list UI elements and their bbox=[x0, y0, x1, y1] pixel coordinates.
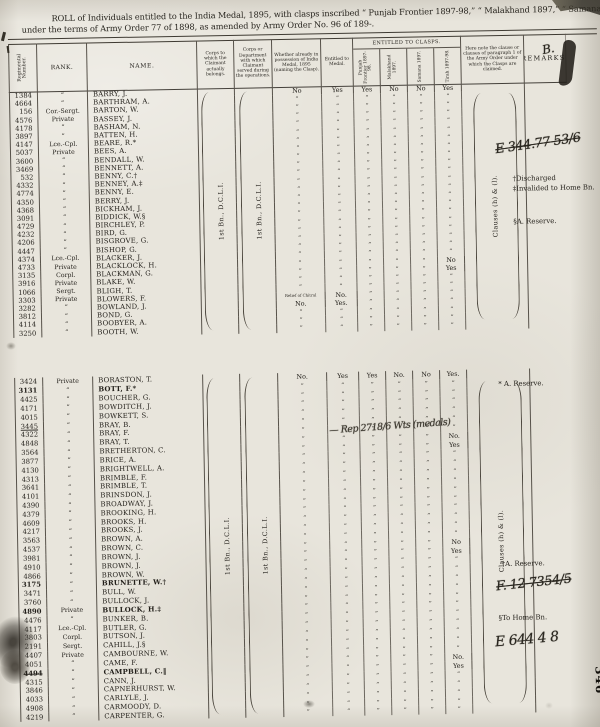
ink-speck bbox=[6, 342, 16, 350]
corps-served-label-top: 1st Bn., D.C.L.I. bbox=[255, 181, 264, 239]
cell-name: BOOTH, W. bbox=[92, 326, 202, 336]
cell-already: ” bbox=[277, 324, 326, 333]
table-section-top: 1384”BARRY, J.NoYesYesNoNoYes4664”BARTHR… bbox=[9, 82, 571, 338]
cell-tirah: ” bbox=[443, 529, 470, 538]
remark-a-reserve-top: §A. Reserve. bbox=[513, 217, 556, 226]
col-header-corps-actual: Corps to which the Claimant actually bel… bbox=[197, 40, 235, 89]
col-header-clasps-group: ENTITLED TO CLASPS. Punjab Frontier 1897… bbox=[353, 36, 462, 86]
col-header-regimental-number: Regimental Number. bbox=[9, 43, 38, 92]
col-header-rank: RANK. bbox=[37, 43, 88, 92]
ink-speck bbox=[303, 700, 315, 708]
cell-tirah: ” bbox=[445, 643, 472, 652]
corps-actual-label-top: 1st Bn., D.C.L.I. bbox=[217, 182, 226, 240]
ink-stain bbox=[0, 650, 30, 684]
cell-malakhand: ” bbox=[392, 706, 419, 715]
col-header-corps-served: Corps or Department with which Claimant … bbox=[234, 39, 273, 88]
cell-samana: ” bbox=[419, 706, 446, 715]
clause-label-top: Clauses (h) & (l). bbox=[490, 175, 499, 237]
cell-entitled: ” bbox=[333, 707, 365, 716]
col-header-malakhand: Malakhand 1897. bbox=[380, 49, 408, 85]
scanned-medal-roll-page: ROLL of Individuals entitled to the Indi… bbox=[0, 0, 600, 727]
remark-a-reserve-dagger: †A. Reserve. bbox=[502, 559, 545, 568]
cell-already: ” bbox=[284, 708, 333, 718]
remark-a-reserve-star: * A. Reserve. bbox=[498, 379, 543, 388]
cell-corps-served bbox=[239, 325, 277, 334]
col-header-clause-note: Here note the clause or clauses of parag… bbox=[461, 35, 525, 84]
cell-corps-served bbox=[246, 709, 284, 719]
col-header-entitled-medal: Entitled to Medal. bbox=[321, 38, 354, 87]
clasps-subheaders: Punjab Frontier 1897-98. Malakhand 1897.… bbox=[353, 48, 461, 86]
cell-regimental-number: 3250 bbox=[14, 329, 42, 338]
cell-punjab: ” bbox=[365, 707, 392, 716]
handwritten-header-mark: B. bbox=[541, 41, 555, 57]
page-number: 346 bbox=[593, 666, 600, 694]
remark-to-home-bn: §To Home Bn. bbox=[499, 613, 548, 622]
corps-actual-label-bottom: 1st Bn., D.C.L.I. bbox=[223, 517, 232, 575]
cell-entitled: ” bbox=[326, 323, 358, 332]
corps-served-label-bottom: 1st Bn., D.C.L.I. bbox=[261, 516, 270, 574]
cell-rank: ” bbox=[42, 328, 92, 337]
remark-discharged: †Discharged bbox=[512, 174, 555, 183]
remark-invalided: ‡Invalided to Home Bn. bbox=[513, 183, 595, 192]
cell-malakhand: ” bbox=[385, 322, 412, 331]
cell-regimental-number: 4219 bbox=[21, 713, 49, 722]
col-header-already-possess: Whether already in possession of India M… bbox=[272, 38, 322, 87]
cell-already: ” bbox=[276, 283, 325, 292]
cell-samana: ” bbox=[412, 322, 439, 331]
cell-punjab: ” bbox=[358, 323, 385, 332]
cell-clause bbox=[473, 704, 536, 714]
cell-tirah: ” bbox=[438, 247, 465, 256]
table-section-bottom: 3424PrivateBORASTON, T.No.YesYesNo.NoYes… bbox=[14, 368, 578, 722]
cell-rank: ” bbox=[49, 712, 99, 722]
col-header-name: NAME. bbox=[87, 41, 198, 91]
cell-name: CARPENTER, G. bbox=[99, 710, 209, 721]
col-header-tirah: Tirah 1897-98. bbox=[434, 48, 462, 84]
col-header-samana: Samana 1897. bbox=[407, 48, 435, 84]
cell-tirah: ” bbox=[439, 321, 466, 330]
col-header-punjab-frontier: Punjab Frontier 1897-98. bbox=[353, 49, 381, 85]
cell-entitled: ” bbox=[325, 282, 357, 291]
document-body: ROLL of Individuals entitled to the Indi… bbox=[0, 0, 600, 727]
cell-clause bbox=[466, 320, 529, 329]
cell-remarks bbox=[529, 319, 571, 328]
cell-remarks bbox=[536, 703, 578, 713]
cell-tirah: ” bbox=[446, 705, 473, 714]
ink-speck bbox=[545, 702, 553, 709]
